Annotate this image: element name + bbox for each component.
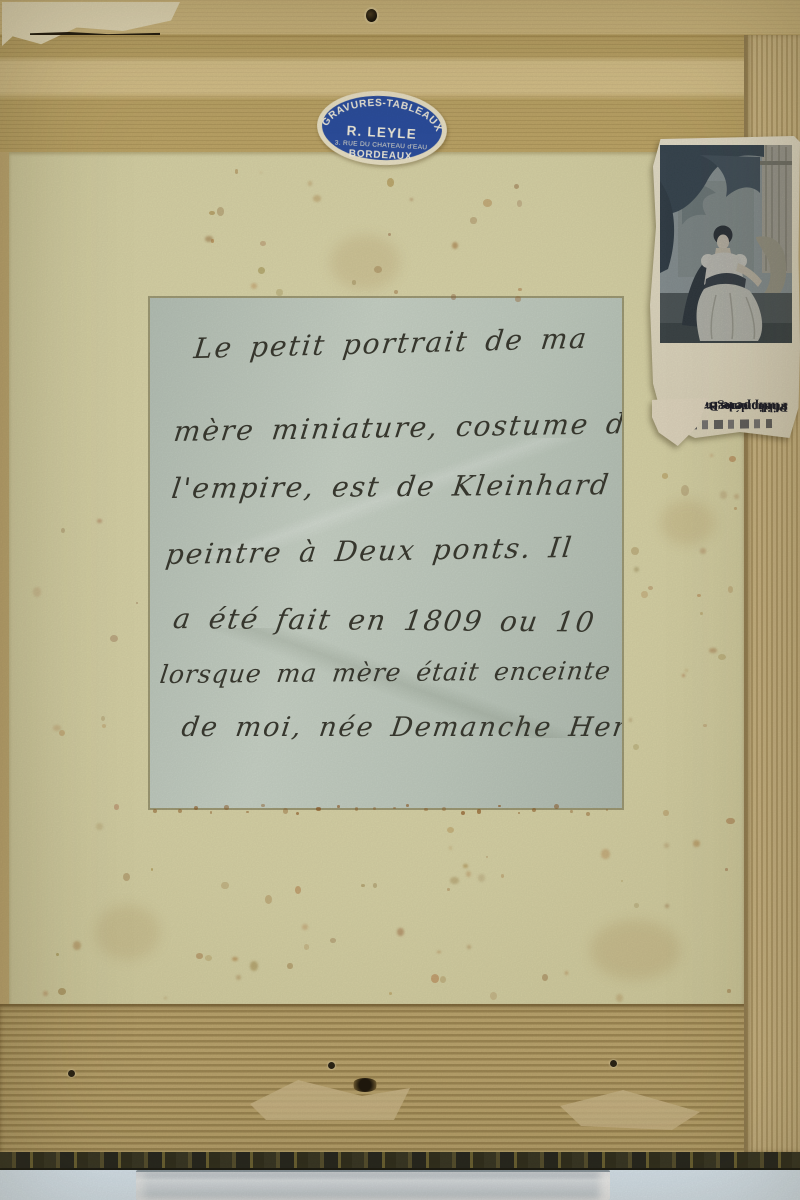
foxing-spot	[330, 938, 336, 943]
foxing-spot	[467, 945, 470, 949]
foxing-spot	[664, 843, 669, 847]
foxing-spot	[447, 888, 449, 891]
foxing-spot	[437, 951, 440, 954]
foxing-spot	[313, 195, 321, 202]
foxing-spot	[102, 724, 106, 728]
foxing-spot	[466, 871, 471, 877]
foxing-spot	[518, 288, 521, 291]
foxing-spot	[486, 856, 488, 857]
foxing-spot	[700, 612, 703, 615]
foxing-spot	[601, 849, 610, 860]
rust-spot	[606, 809, 608, 811]
foxing-spot	[517, 200, 522, 206]
foxing-stain	[95, 905, 160, 960]
clipping-paper: Philippe le Bel ntilshommes travail- s n…	[650, 136, 800, 438]
dealer-label: GRAVURES-TABLEAUX R. LEYLE 3. RUE DU CHA…	[312, 84, 452, 171]
rust-spot	[406, 804, 409, 807]
rust-spot	[153, 809, 157, 813]
foxing-spot	[352, 280, 357, 284]
mat-window: Le petit portrait de ma mère miniature, …	[150, 298, 622, 808]
foxing-stain	[330, 235, 400, 290]
foxing-spot	[110, 635, 118, 642]
foxing-spot	[700, 548, 707, 554]
handwritten-note-paper: Le petit portrait de ma mère miniature, …	[150, 298, 622, 808]
foxing-spot	[515, 296, 521, 302]
foxing-spot	[447, 827, 454, 833]
frame-back-board: Le petit portrait de ma mère miniature, …	[0, 0, 800, 1152]
foxing-spot	[221, 882, 228, 889]
foxing-spot	[276, 289, 282, 297]
frame-edge	[0, 1152, 800, 1170]
foxing-spot	[727, 989, 730, 993]
nail	[610, 1060, 617, 1067]
foxing-spot	[302, 924, 308, 930]
foxing-spot	[287, 963, 292, 970]
foxing-spot	[265, 895, 272, 904]
foxing-spot	[728, 586, 733, 592]
photograph: Le petit portrait de ma mère miniature, …	[0, 0, 800, 1200]
note-line: peintre à Deux ponts. Il	[164, 531, 575, 571]
nail	[328, 1062, 335, 1069]
note-line: l'empire, est de Kleinhard	[170, 468, 613, 505]
rust-spot	[570, 810, 573, 813]
foxing-spot	[373, 883, 377, 888]
foxing-spot	[410, 198, 412, 201]
foxing-spot	[734, 494, 739, 499]
newspaper-clipping: Philippe le Bel ntilshommes travail- s n…	[650, 136, 800, 438]
foxing-spot	[33, 587, 41, 597]
foxing-spot	[209, 211, 215, 215]
rust-spot	[194, 806, 198, 810]
foxing-stain	[660, 500, 715, 545]
rust-spot	[224, 805, 229, 810]
foxing-spot	[304, 944, 310, 949]
note-line: de moi, née Demanche Henriette	[180, 712, 622, 743]
nail	[68, 1070, 75, 1077]
foxing-spot	[43, 991, 47, 996]
foxing-spot	[114, 804, 119, 809]
acrylic-stand	[136, 1170, 610, 1200]
foxing-spot	[260, 172, 262, 174]
rust-spot	[477, 809, 481, 813]
foxing-spot	[729, 456, 735, 462]
foxing-spot	[641, 591, 648, 598]
foxing-spot	[662, 473, 668, 478]
foxing-spot	[634, 567, 638, 572]
rust-spot	[393, 807, 395, 809]
foxing-spot	[542, 974, 548, 981]
foxing-spot	[235, 169, 238, 173]
foxing-spot	[665, 904, 669, 908]
foxing-spot	[470, 217, 476, 223]
rust-spot	[283, 808, 288, 813]
foxing-spot	[703, 724, 707, 727]
engraving-illustration	[660, 145, 792, 343]
foxing-spot	[58, 988, 66, 995]
foxing-spot	[440, 976, 446, 983]
rust-spot	[246, 811, 248, 813]
rust-spot	[261, 804, 264, 807]
rust-spot	[373, 807, 376, 810]
note-line: a été fait en 1809 ou 10	[171, 602, 598, 639]
foxing-spot	[693, 840, 700, 846]
foxing-spot	[205, 236, 212, 242]
foxing-spot	[164, 997, 166, 999]
foxing-spot	[725, 868, 728, 870]
foxing-spot	[217, 207, 225, 216]
foxing-spot	[634, 903, 639, 908]
foxing-spot	[196, 953, 203, 959]
cardboard-strip-bottom	[0, 1004, 800, 1152]
nail-hole	[366, 9, 377, 22]
foxing-spot	[136, 602, 138, 604]
rust-spot	[498, 805, 500, 807]
foxing-spot	[361, 884, 365, 887]
foxing-spot	[718, 654, 726, 660]
note-line: Le petit portrait de ma	[192, 322, 590, 365]
foxing-spot	[96, 823, 103, 831]
foxing-spot	[397, 928, 403, 936]
foxing-spot	[258, 267, 265, 274]
rust-spot	[586, 812, 590, 816]
foxing-stain	[590, 920, 680, 980]
foxing-spot	[709, 648, 716, 653]
foxing-spot	[61, 528, 65, 533]
rust-spot	[355, 807, 359, 811]
foxing-spot	[483, 199, 492, 206]
foxing-spot	[394, 290, 398, 294]
foxing-spot	[450, 877, 458, 884]
cardboard-hole	[352, 1078, 378, 1092]
foxing-spot	[451, 294, 455, 299]
foxing-spot	[726, 818, 734, 825]
rust-spot	[178, 809, 182, 813]
foxing-spot	[682, 674, 684, 677]
foxing-spot	[501, 874, 504, 878]
foxing-spot	[663, 810, 668, 817]
note-line: lorsque ma mère était enceinte	[158, 656, 613, 689]
foxing-spot	[449, 846, 452, 850]
foxing-spot	[236, 975, 241, 980]
